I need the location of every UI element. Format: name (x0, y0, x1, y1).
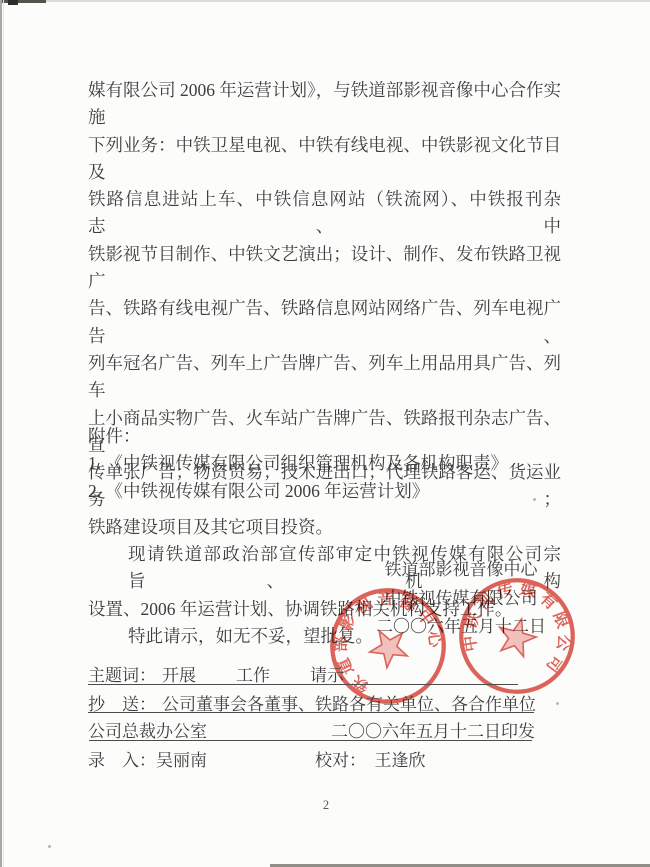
subject-term: 请示 (310, 661, 344, 686)
subject-term: 开展 (162, 661, 196, 686)
attachment-item: 2. 《中铁视传媒有限公司 2006 年运营计划》 (88, 478, 561, 505)
attachments-label: 附件： (88, 423, 561, 450)
entry-label: 录 入： (88, 751, 156, 770)
body-line: 告、铁路有线电视广告、铁路信息网站网络广告、列车电视广告、 (88, 295, 561, 350)
subject-term: 工作 (236, 661, 270, 686)
footer-issue-row: 公司总裁办公室 二〇〇六年五月十二日印发 (88, 717, 535, 742)
body-line: 铁影视节目制作、中铁文艺演出；设计、制作、发布铁路卫视广 (88, 241, 561, 296)
proofreader: 校对： 王逢欣 (315, 746, 426, 771)
scan-edge-blob (8, 0, 18, 5)
entry-value: 吴丽南 (156, 751, 207, 770)
body-line: 下列业务：中铁卫星电视、中铁有线电视、中铁影视文化节目及 (88, 132, 561, 187)
scan-edge-left-faint (3, 0, 4, 867)
footer-rule (89, 740, 532, 741)
official-seal-vision-media: 中铁视传媒有限公司 (442, 561, 592, 711)
subject-label: 主题词： (88, 661, 156, 686)
attachments-section: 附件： 1. 《中铁视传媒有限公司组织管理机构及各机构职责》 2. 《中铁视传媒… (88, 423, 561, 505)
seal-star-icon (494, 614, 540, 658)
scanned-document-page: 媒有限公司 2006 年运营计划》，与铁道部影视音像中心合作实施 下列业务：中铁… (0, 0, 650, 867)
issuer-office: 公司总裁办公室 (88, 717, 207, 742)
scan-speck (48, 845, 51, 848)
scan-edge-top (0, 0, 650, 2)
footer-subject-row: 主题词： 开展 工作 请示 (88, 661, 535, 686)
proof-value: 王逢欣 (375, 751, 426, 770)
body-line: 媒有限公司 2006 年运营计划》，与铁道部影视音像中心合作实施 (88, 77, 561, 132)
scan-edge-top-dark (0, 0, 46, 3)
footer-rule (88, 684, 518, 685)
body-line: 铁路信息进站上车、中铁信息网站（铁流网）、中铁报刊杂志、中 (88, 186, 561, 241)
footer-entry-row: 录 入：吴丽南 校对： 王逢欣 (88, 746, 535, 771)
body-line: 列车冠名广告、列车上广告牌广告、列车上用品用具广告、列车 (88, 350, 561, 405)
footer-rule (88, 712, 534, 713)
scan-edge-left (0, 0, 2, 867)
attachment-item: 1. 《中铁视传媒有限公司组织管理机构及各机构职责》 (88, 450, 561, 477)
proof-label: 校对： (315, 751, 358, 770)
body-line: 铁路建设项目及其它项目投资。 (88, 514, 561, 541)
issue-date: 二〇〇六年五月十二日印发 (331, 717, 535, 742)
page-number: 2 (306, 798, 346, 813)
